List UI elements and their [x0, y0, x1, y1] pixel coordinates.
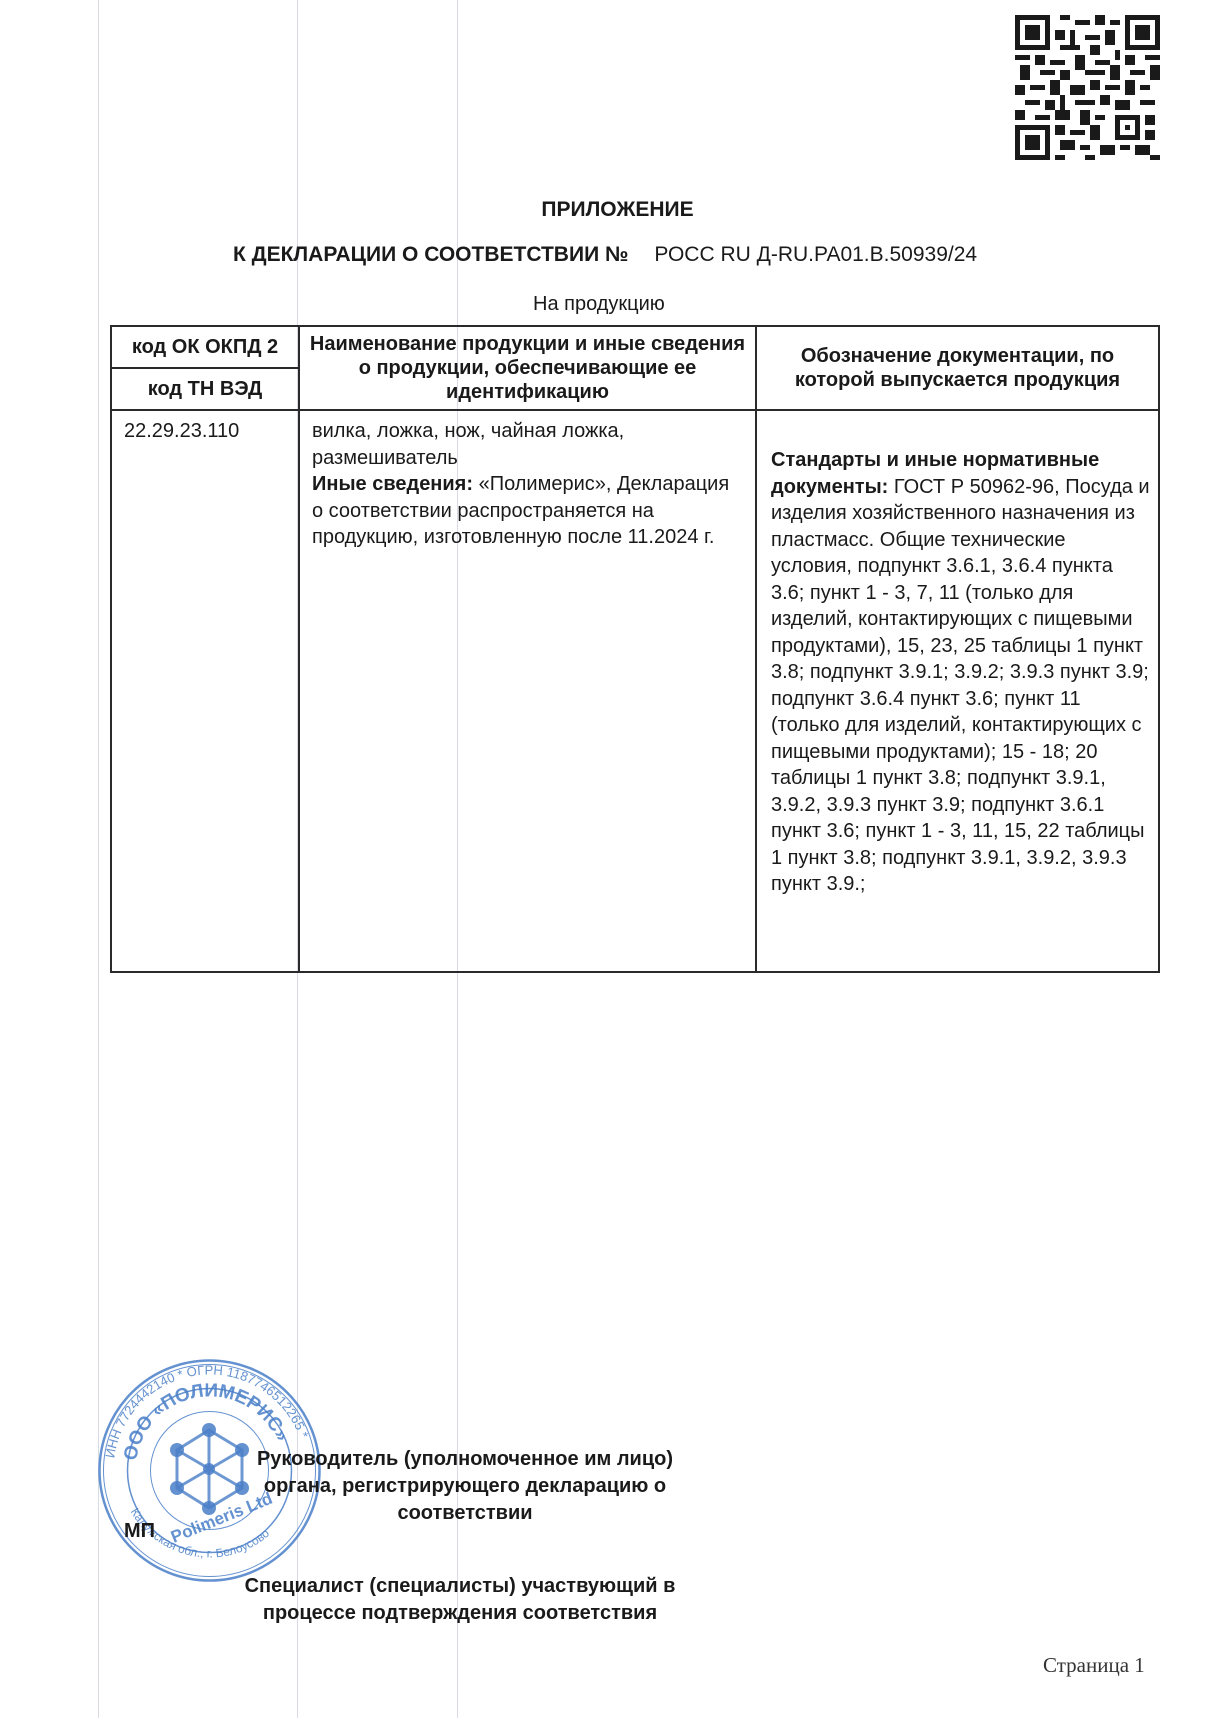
head-signature-label: Руководитель (уполномоченное им лицо) ор…: [225, 1446, 705, 1527]
standards-text: ГОСТ Р 50962-96, Посуда и изделия хозяйс…: [771, 476, 1150, 896]
seal-place-label: МП: [124, 1520, 155, 1543]
header-documentation: Обозначение документации, по которой вып…: [756, 326, 1159, 410]
header-product-name: Наименование продукции и иные сведения о…: [299, 326, 756, 410]
document-subtitle: На продукцию: [533, 293, 665, 316]
page-number: Страница 1: [1043, 1653, 1145, 1678]
cell-standards: Стандарты и иные нормативные документы: …: [756, 410, 1159, 972]
document-title: ПРИЛОЖЕНИЕ: [15, 198, 1205, 222]
cell-product: вилка, ложка, нож, чайная ложка, размеши…: [299, 410, 756, 972]
cell-code: 22.29.23.110: [111, 410, 299, 972]
header-tnved-code: код ТН ВЭД: [111, 368, 299, 410]
qr-code-icon: [1015, 15, 1160, 160]
declaration-heading: К ДЕКЛАРАЦИИ О СООТВЕТСТВИИ №РОСС RU Д-R…: [233, 243, 977, 267]
product-code: 22.29.23.110: [112, 411, 298, 445]
product-description: вилка, ложка, нож, чайная ложка, размеши…: [300, 411, 755, 551]
declaration-number: РОСС RU Д-RU.PA01.B.50939/24: [654, 243, 977, 266]
table-row: 22.29.23.110 вилка, ложка, нож, чайная л…: [111, 410, 1159, 972]
declaration-label: К ДЕКЛАРАЦИИ О СООТВЕТСТВИИ №: [233, 243, 628, 266]
svg-text:ИНН 7724442140 * ОГРН 11877465: ИНН 7724442140 * ОГРН 1187746512265 *: [102, 1362, 311, 1459]
product-name: вилка, ложка, нож, чайная ложка, размеши…: [312, 420, 624, 469]
products-table: код ОК ОКПД 2 Наименование продукции и и…: [110, 325, 1160, 973]
specialist-signature-label: Специалист (специалисты) участвующий в п…: [210, 1573, 710, 1627]
other-info-label: Иные сведения:: [312, 473, 473, 495]
header-okpd-code: код ОК ОКПД 2: [111, 326, 299, 368]
table-header-row: код ОК ОКПД 2 Наименование продукции и и…: [111, 326, 1159, 368]
standards-description: Стандарты и иные нормативные документы: …: [757, 411, 1158, 898]
